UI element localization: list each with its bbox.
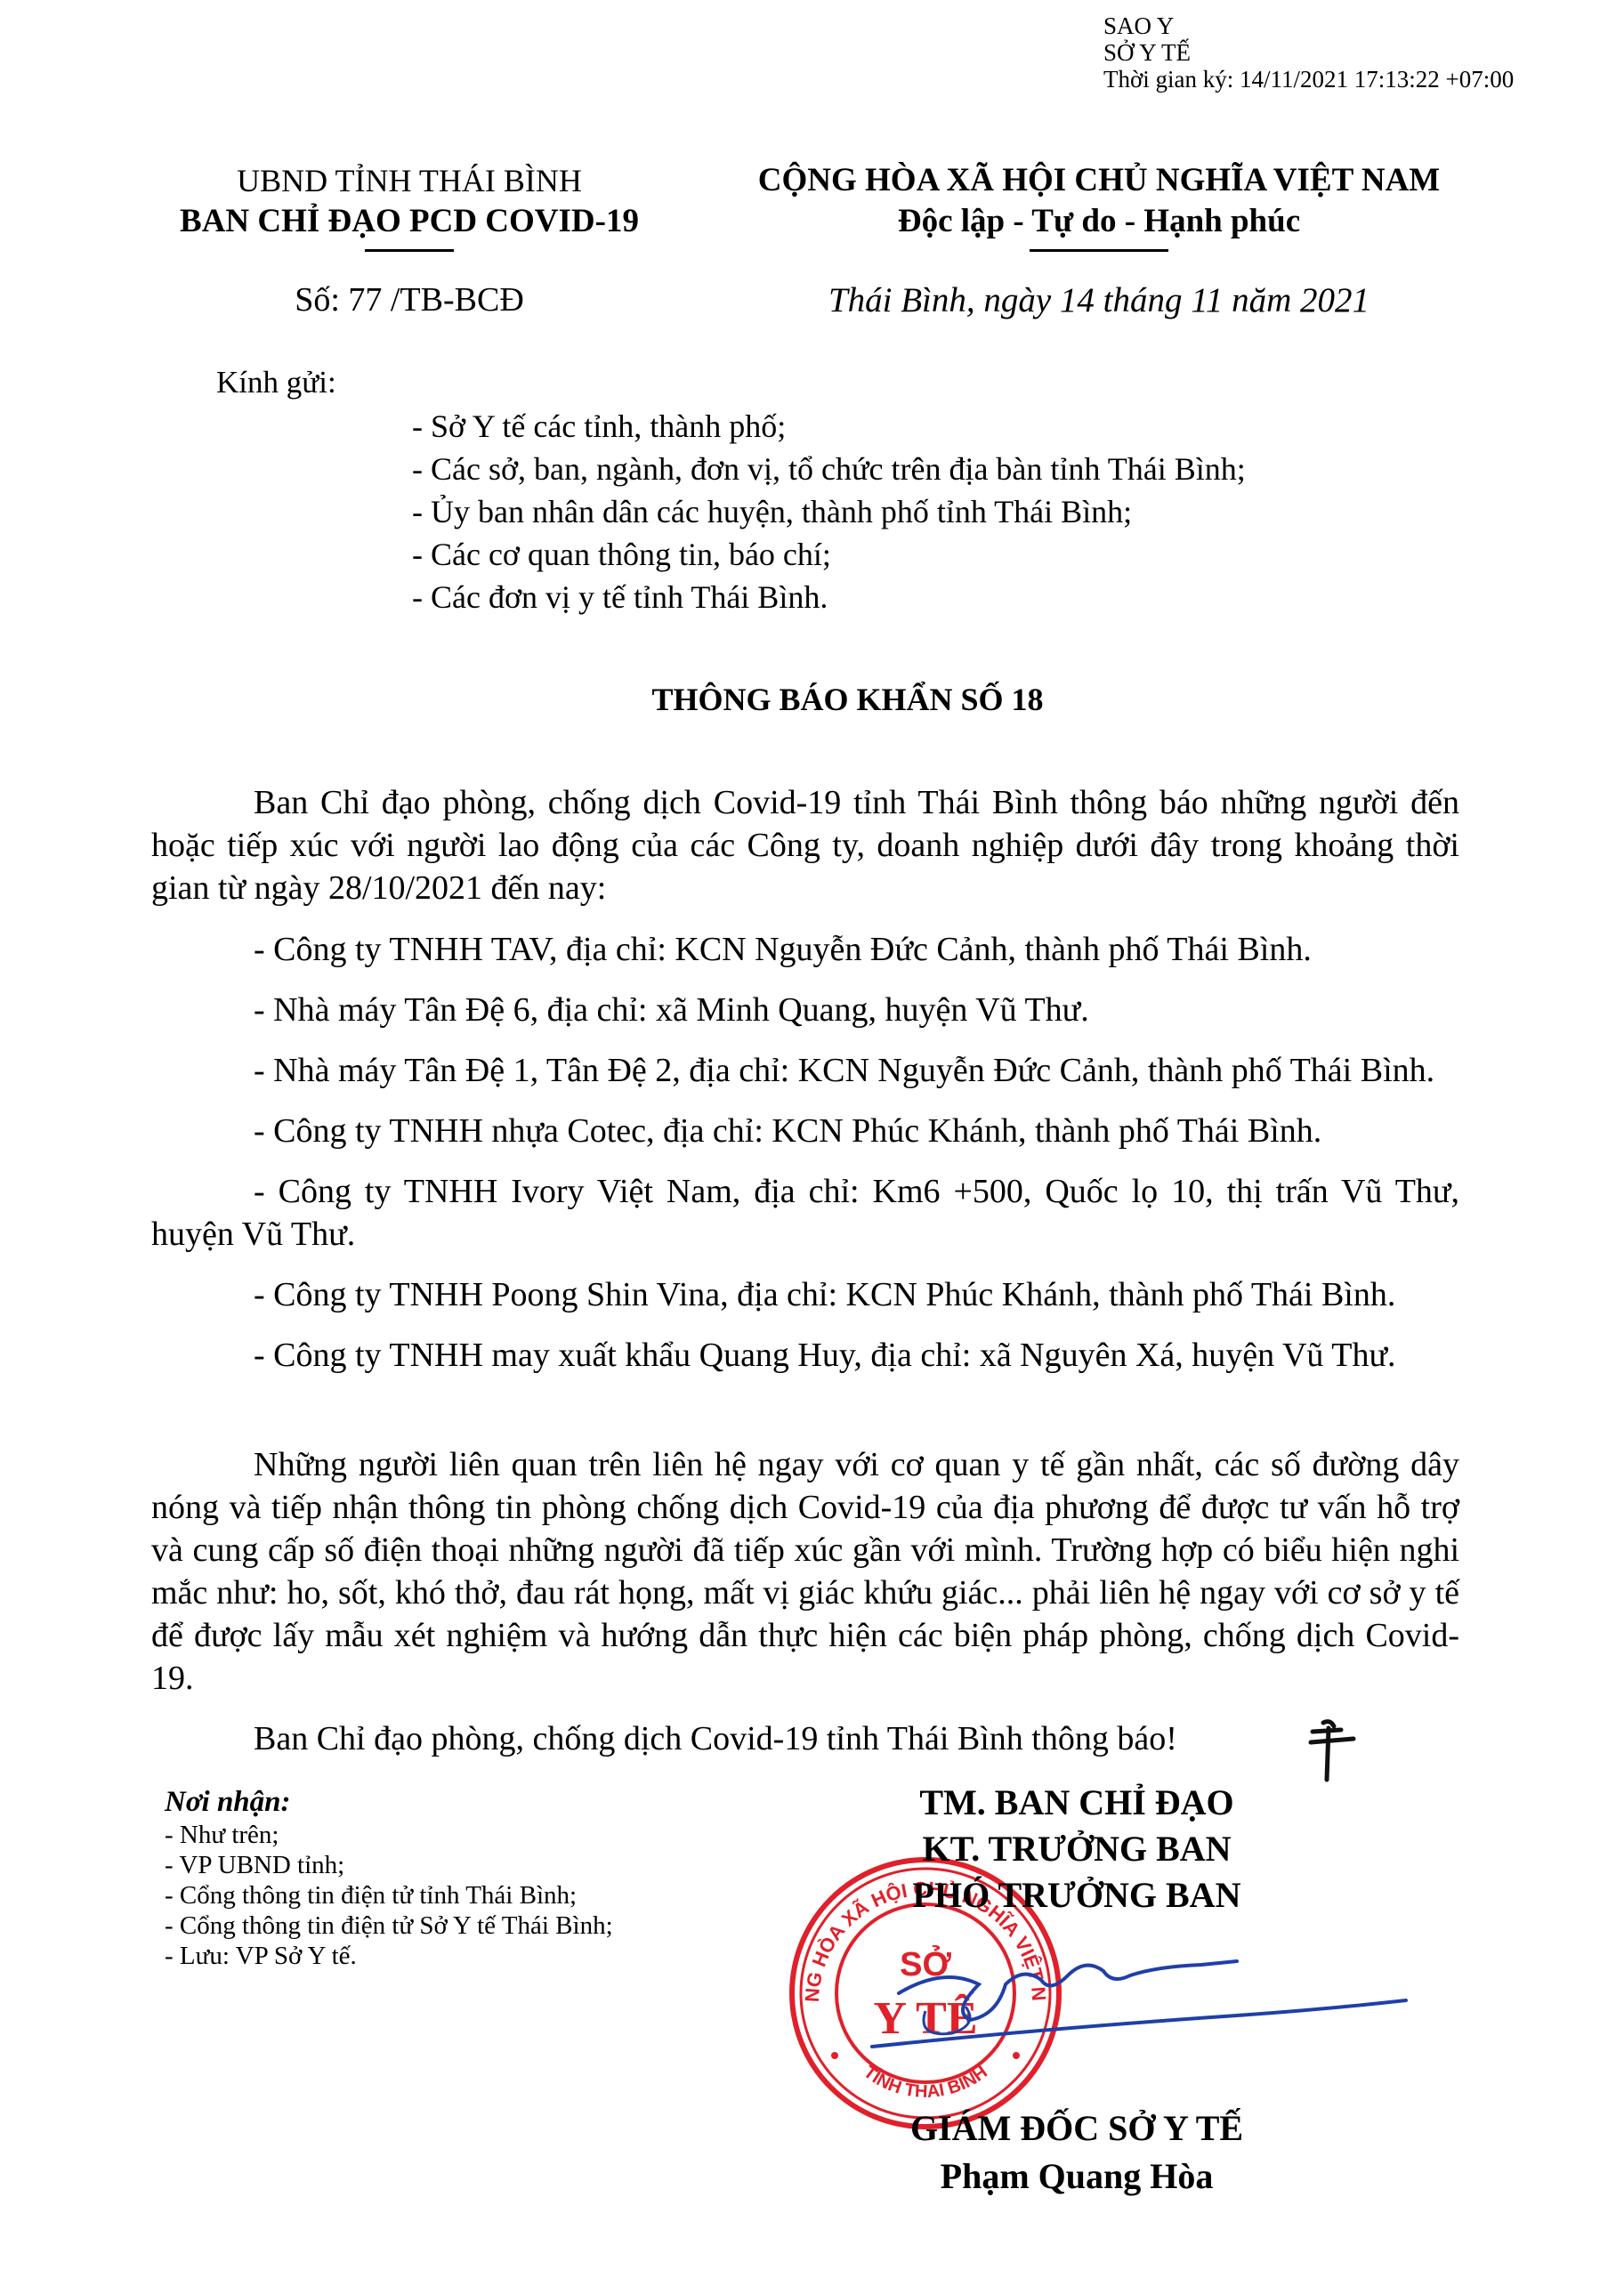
issuing-agency-header: UBND TỈNH THÁI BÌNH BAN CHỈ ĐẠO PCD COVI… — [151, 160, 667, 252]
document-number: Số: 77 /TB-BCĐ — [151, 280, 667, 319]
document-title: THÔNG BÁO KHẨN SỐ 18 — [0, 681, 1624, 718]
company-item: - Nhà máy Tân Đệ 1, Tân Đệ 2, địa chỉ: K… — [151, 1049, 1459, 1092]
copy-label: SAO Y — [1103, 12, 1514, 39]
signatory-position: GIÁM ĐỐC SỞ Y TẾ — [854, 2104, 1299, 2153]
company-item: - Công ty TNHH TAV, địa chỉ: KCN Nguyễn … — [151, 928, 1459, 971]
signatory-name-block: GIÁM ĐỐC SỞ Y TẾ Phạm Quang Hòa — [854, 2104, 1299, 2201]
distribution-item: - Lưu: VP Sở Y tế. — [165, 1941, 613, 1971]
agency-name: BAN CHỈ ĐẠO PCD COVID-19 — [151, 201, 667, 242]
digital-copy-stamp: SAO Y SỞ Y TẾ Thời gian ký: 14/11/2021 1… — [1103, 12, 1514, 93]
company-item: - Công ty TNHH may xuất khẩu Quang Huy, … — [151, 1334, 1459, 1377]
signatory-name: Phạm Quang Hòa — [854, 2153, 1299, 2201]
recipient-item: - Các đơn vị y tế tỉnh Thái Bình. — [412, 576, 1246, 618]
signatory-role: PHÓ TRƯỞNG BAN — [854, 1872, 1299, 1919]
recipient-item: - Các sở, ban, ngành, đơn vị, tổ chức tr… — [412, 448, 1246, 490]
signing-time: Thời gian ký: 14/11/2021 17:13:22 +07:00 — [1103, 66, 1514, 93]
agency-parent: UBND TỈNH THÁI BÌNH — [151, 160, 667, 201]
recipient-item: - Sở Y tế các tỉnh, thành phố; — [412, 405, 1246, 448]
recipient-item: - Các cơ quan thông tin, báo chí; — [412, 533, 1246, 576]
closing-paragraph: Ban Chỉ đạo phòng, chống dịch Covid-19 t… — [151, 1717, 1459, 1760]
recipients-list: - Sở Y tế các tỉnh, thành phố; - Các sở,… — [412, 405, 1246, 618]
distribution-item: - Như trên; — [165, 1820, 613, 1850]
country-name: CỘNG HÒA XÃ HỘI CHỦ NGHĨA VIỆT NAM — [730, 160, 1468, 201]
company-item: - Công ty TNHH nhựa Cotec, địa chỉ: KCN … — [151, 1110, 1459, 1152]
distribution-list: - Như trên; - VP UBND tỉnh; - Cổng thông… — [165, 1820, 613, 1971]
company-item: - Nhà máy Tân Đệ 6, địa chỉ: xã Minh Qua… — [151, 989, 1459, 1031]
distribution-item: - Cổng thông tin điện tử tỉnh Thái Bình; — [165, 1880, 613, 1910]
motto-underline — [1030, 249, 1168, 252]
document-date: Thái Bình, ngày 14 tháng 11 năm 2021 — [730, 280, 1468, 320]
signatory-title-block: TM. BAN CHỈ ĐẠO KT. TRƯỞNG BAN PHÓ TRƯỞN… — [854, 1780, 1299, 1919]
recipients-label: Kính gửi: — [216, 365, 336, 400]
recipient-item: - Ủy ban nhân dân các huyện, thành phố t… — [412, 490, 1246, 533]
distribution-label: Nơi nhận: — [165, 1784, 613, 1820]
national-header: CỘNG HÒA XÃ HỘI CHỦ NGHĨA VIỆT NAM Độc l… — [730, 160, 1468, 252]
signatory-acting-for: KT. TRƯỞNG BAN — [854, 1826, 1299, 1872]
copy-issuer: SỞ Y TẾ — [1103, 39, 1514, 66]
distribution-item: - Cổng thông tin điện tử Sở Y tế Thái Bì… — [165, 1910, 613, 1941]
initial-mark-icon — [1304, 1716, 1357, 1787]
distribution-block: Nơi nhận: - Như trên; - VP UBND tỉnh; - … — [165, 1784, 613, 1971]
company-item: - Công ty TNHH Poong Shin Vina, địa chỉ:… — [151, 1273, 1459, 1316]
instructions-paragraph: Những người liên quan trên liên hệ ngay … — [151, 1443, 1459, 1700]
company-item: - Công ty TNHH Ivory Việt Nam, địa chỉ: … — [151, 1170, 1459, 1256]
national-motto: Độc lập - Tự do - Hạnh phúc — [730, 201, 1468, 242]
handwritten-signature-icon — [863, 1931, 1415, 2073]
signatory-on-behalf: TM. BAN CHỈ ĐẠO — [854, 1780, 1299, 1826]
company-list: - Công ty TNHH TAV, địa chỉ: KCN Nguyễn … — [151, 928, 1459, 1394]
intro-paragraph: Ban Chỉ đạo phòng, chống dịch Covid-19 t… — [151, 781, 1459, 909]
agency-underline — [365, 249, 454, 252]
distribution-item: - VP UBND tỉnh; — [165, 1850, 613, 1880]
